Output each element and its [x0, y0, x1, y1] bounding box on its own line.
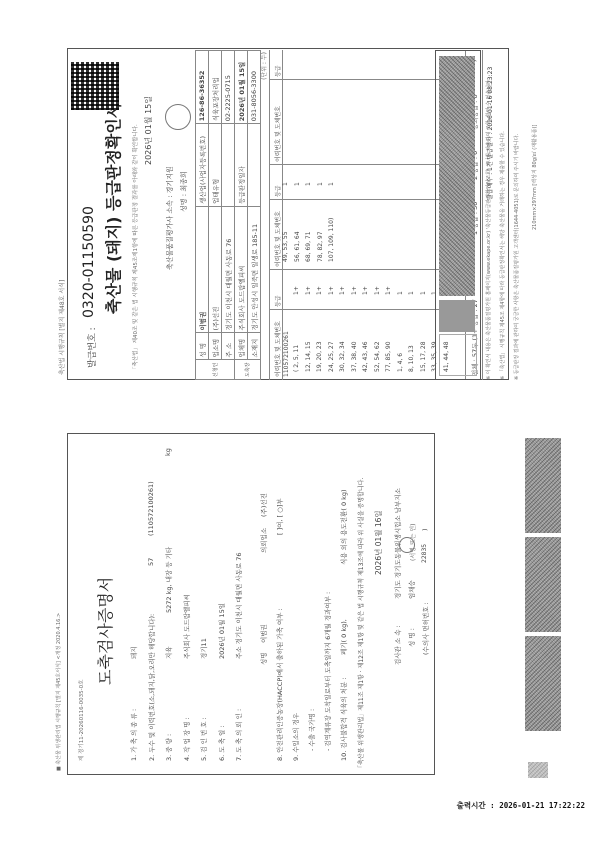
requester-company: (주)선진: [259, 493, 268, 517]
slaughter-law-note: ■ 축산물 위생관리법 시행규칙 [별지 제45호서식] <개정 2020.4.…: [55, 613, 62, 771]
requester-name-label: 성명: [259, 652, 268, 665]
license-label: (수의사 면허번호 :: [421, 602, 430, 655]
row-value2: 02-2225-0715: [222, 51, 235, 124]
row-label2: 생산업(사업자등록번호): [196, 124, 209, 207]
item-10-conversion: 식용 외의 용도전환( 0 kg): [339, 489, 348, 565]
security-block-1: [525, 438, 561, 533]
row-label: 업체명: [235, 333, 248, 360]
carcass-grade: 1+: [351, 286, 358, 295]
qr-code: [71, 62, 119, 110]
inspector-name-label: 성 명 :: [407, 628, 416, 647]
print-time: 출력시간 : 2026-01-21 17:22:22: [457, 800, 585, 811]
row-label2: 등급판정일자: [235, 124, 248, 207]
carcass-grade: 1: [294, 182, 301, 186]
license-close: ): [421, 528, 429, 531]
carcass-grade: 1+: [385, 286, 392, 295]
carcass-numbers: 56, 61, 64: [294, 231, 301, 262]
carcass-grade: 1: [420, 291, 427, 295]
row-label: 업소명: [209, 333, 222, 360]
grade-table-header-cell: 이력번호 및 도체번호: [273, 106, 282, 162]
carcass-grade: 1: [305, 182, 312, 186]
item-value: 돼지: [129, 646, 138, 659]
carcass-grade: 1+: [374, 286, 381, 295]
item-label: 6. 도 축 일 :: [217, 726, 226, 762]
item-unit: kg: [164, 448, 172, 456]
grade-table-header-cell: 등급: [273, 185, 282, 197]
grade-table-header-cell: 이력번호 및 도체번호: [273, 211, 282, 267]
grade-table-header-cell: 이력번호 및 도체번호: [273, 321, 282, 377]
grade-table-header-cell: 등급: [273, 65, 282, 77]
carcass-grade: 1: [282, 182, 289, 186]
slaughter-item: 3. 중 량 :지육5272 kg, 내장 등 기타kg: [164, 441, 178, 761]
row-value: 이범권: [196, 206, 209, 333]
carcass-numbers: 49, 53, 55: [282, 231, 289, 262]
carcass-numbers: 24, 25, 27: [328, 341, 335, 372]
mini-barcode: [528, 762, 548, 778]
item-extra: (110572100261): [147, 481, 155, 536]
slaughter-date: 2026년 01월 16일: [373, 510, 384, 575]
security-block-2: [525, 537, 561, 632]
requester-company-label: 의뢰업소: [259, 528, 268, 553]
slaughter-item: 1. 가 축 의 종 류 :돼지: [129, 441, 143, 761]
table-row: 업소명 (주)선진 업태유형 식육포장처리업: [209, 51, 222, 380]
license-number: 22835: [421, 544, 428, 563]
paper-spec: 210mm×297mm [백상지 80g/㎡ (재활용품)]: [531, 125, 538, 230]
carcass-grade: 1: [328, 182, 335, 186]
applicant-group: 신청인: [196, 360, 235, 380]
table-row: 주 소 경기도 이천시 대월면 사동로 76 02-2225-0715: [222, 51, 235, 380]
requester-name: 이범권: [259, 624, 268, 643]
inspector-org-label: 검사관 소 속 :: [393, 625, 402, 665]
item-value: 57: [147, 558, 155, 566]
table-row: 신청인 성 명 이범권 생산업(사업자등록번호) 126-86-36352: [196, 51, 209, 380]
carcass-numbers: 77, 85, 90: [385, 341, 392, 372]
grade-footer: ※ 이 확인서 내용은 축산물품질평가원 홈페이지(www.ekape.or.k…: [435, 48, 595, 380]
carcass-grade: 1+: [305, 286, 312, 295]
party-table: 신청인 성 명 이범권 생산업(사업자등록번호) 126-86-36352 업소…: [195, 50, 261, 380]
official-seal: [165, 104, 191, 130]
carcass-numbers: 68, 69, 71: [305, 231, 312, 262]
row-label2: 업태유형: [209, 124, 222, 207]
slaughter-item: 5. 검 인 번 호 :경기11: [199, 441, 213, 761]
grade-date: 2026년 01월 15일: [143, 96, 154, 165]
row-value: 경기도 안성시 일죽면 일생로 185-11: [248, 206, 261, 333]
confirm-text: 「축산법」 제40조 및 같은 법 시행규칙 제45조제1항에 따른 등급판정 …: [131, 124, 139, 372]
slaughter-frame: [67, 433, 435, 775]
item-label: 1. 가 축 의 종 류 :: [129, 709, 138, 761]
item-label: 5. 검 인 번 호 :: [199, 717, 208, 761]
slaughter-title: 도축검사증명서: [93, 577, 116, 685]
grade-table-header: 이력번호 및 도체번호등급이력번호 및 도체번호등급이력번호 및 도체번호등급: [270, 50, 283, 380]
row-label: 소재지: [248, 333, 261, 360]
carcass-grade: 1+: [316, 286, 323, 295]
item-label: 2. 두수 및 이력번호(소,돼지,닭,오리만 해당합니다):: [147, 614, 156, 761]
note-1: ※ 이 확인서 내용은 축산물품질평가원 홈페이지(www.ekape.or.k…: [485, 79, 492, 381]
statement: 「축산물 위생관리법」제11조 제1항 · 제12조 제1항 및 같은 법 시행…: [355, 441, 369, 771]
carcass-grade: 1+: [328, 286, 335, 295]
item-value: 지육: [164, 646, 173, 659]
grade-table-header-cell: 등급: [273, 295, 282, 307]
item-10: 10. 검사불합격 식육의 처분 :: [339, 677, 348, 761]
item-label: 4. 작 업 장 명 :: [182, 717, 191, 761]
judge-org: 축산물품질평가사 소속 : 경기지원: [165, 166, 175, 270]
grade-title: 축산물 (돼지) 등급판정확인서: [101, 103, 124, 314]
row-value2: 2026년 01월 15일: [235, 51, 248, 124]
item-9-quarantine: - 검역계류장 도착일로부터 도축일까지 6개월 경과여부 :: [323, 592, 332, 751]
item-label: 7. 도 축 의 뢰 인 :: [234, 709, 243, 761]
inspector-name: 임채승: [407, 580, 416, 599]
inspector-seal: [399, 537, 415, 553]
row-label: 성 명: [196, 333, 209, 360]
slaughter-item: 4. 작 업 장 명 :주식회사 도드람엘피씨: [182, 441, 196, 761]
item-8-value: [ ]여, [ ○]부: [275, 498, 284, 535]
item-value: 2026년 01월 15일: [217, 603, 226, 659]
issue-number-label: 발급번호 :: [85, 327, 98, 368]
item-value: 경기11: [199, 638, 208, 659]
carcass-grade: 1: [408, 291, 415, 295]
table-row: 도축장 업체명 주식회사 도드람엘피씨 등급판정일자 2026년 01월 15일: [235, 51, 248, 380]
carcass-numbers: 12, 14, 15: [305, 341, 312, 372]
item-10-disposal: 폐기( 0 kg),: [339, 619, 348, 655]
stamp-blank: [439, 334, 477, 376]
row-value: 경기도 이천시 대월면 사동로 76: [222, 206, 235, 333]
item-value: 주식회사 도드람엘피씨: [182, 594, 191, 659]
carcass-numbers: 30, 32, 34: [339, 341, 346, 372]
seller-group: 도축장: [235, 360, 261, 380]
slaughter-item: 7. 도 축 의 뢰 인 :주소 경기도 이천시 대월면 사동로 76: [234, 441, 248, 761]
carcass-numbers: 78, 82, 97: [317, 231, 324, 262]
slaughter-certificate: ■ 축산물 위생관리법 시행규칙 [별지 제45호서식] <개정 2020.4.…: [55, 430, 445, 775]
unit-label: (단위 : 두): [259, 52, 268, 80]
carcass-numbers: 42, 43, 46: [362, 341, 369, 372]
judge-name: 성명 : 최종희: [179, 171, 189, 212]
carcass-grade: 1+: [362, 286, 369, 295]
security-block-3: [525, 636, 561, 731]
carcass-grade: 1+: [339, 286, 346, 295]
row-value: 주식회사 도드람엘피씨: [235, 206, 248, 333]
carcass-grade: 1: [317, 182, 324, 186]
slaughter-item: 2. 두수 및 이력번호(소,돼지,닭,오리만 해당합니다):57(110572…: [147, 441, 161, 761]
stamp-gray: [439, 300, 475, 332]
carcass-numbers: 1, 4, 6: [397, 353, 404, 372]
row-value2: 식육포장처리업: [209, 51, 222, 124]
carcass-numbers: 15, 17, 28: [420, 341, 427, 372]
carcass-numbers: 19, 20, 23: [316, 341, 323, 372]
item-8: 8. 안전관리인증농장(HACCP)에서 출하된 가축 여부 :: [275, 608, 284, 761]
row-value2: 126-86-36352: [196, 51, 209, 124]
note-2: ※ 「축산법」 시행규칙 제45조 제4항에 따라 등급판정확인서는 해당 축산…: [499, 131, 506, 380]
row-label: 주 소: [222, 333, 235, 360]
carcass-numbers: 52, 54, 62: [374, 341, 381, 372]
carcass-numbers: 8, 10, 13: [408, 345, 415, 372]
row-label2: [248, 124, 261, 207]
slaughter-doc-no: 제 경기11-20260116-0035-0호: [77, 680, 85, 761]
carcass-numbers: 37, 38, 40: [351, 341, 358, 372]
slaughter-item: 6. 도 축 일 :2026년 01월 15일: [217, 441, 231, 761]
item-value: 주소 경기도 이천시 대월면 사동로 76: [234, 552, 243, 659]
trace-number: 110572100261: [283, 331, 290, 377]
note-3: ※ 등급판정 결과에 관하여 궁금한 사항은 축산물품질평가원 고객센터(164…: [513, 134, 520, 380]
item-9-country: - 수출 국가명 :: [307, 709, 316, 751]
security-pattern: [439, 56, 475, 296]
row-label2: [222, 124, 235, 207]
carcass-numbers: 107, 109, 110): [328, 218, 335, 262]
item-extra: 5272 kg, 내장 등 기타: [164, 547, 173, 613]
row-value: (주)선진: [209, 206, 222, 333]
issue-number: 0320-01150590: [81, 206, 97, 318]
carcass-grade: 1+: [293, 286, 300, 295]
carcass-numbers: ( 2, 5, 11: [293, 345, 300, 372]
item-label: 3. 중 량 :: [164, 734, 173, 761]
grade-law-note: 축산법 시행규칙 [별지 제48호 서식]: [57, 280, 66, 375]
item-9: 9. 수입소의 경우: [291, 713, 300, 761]
table-row: 소재지 경기도 안성시 일죽면 일생로 185-11 031-8056-3300: [248, 51, 261, 380]
carcass-grade: 1: [397, 291, 404, 295]
